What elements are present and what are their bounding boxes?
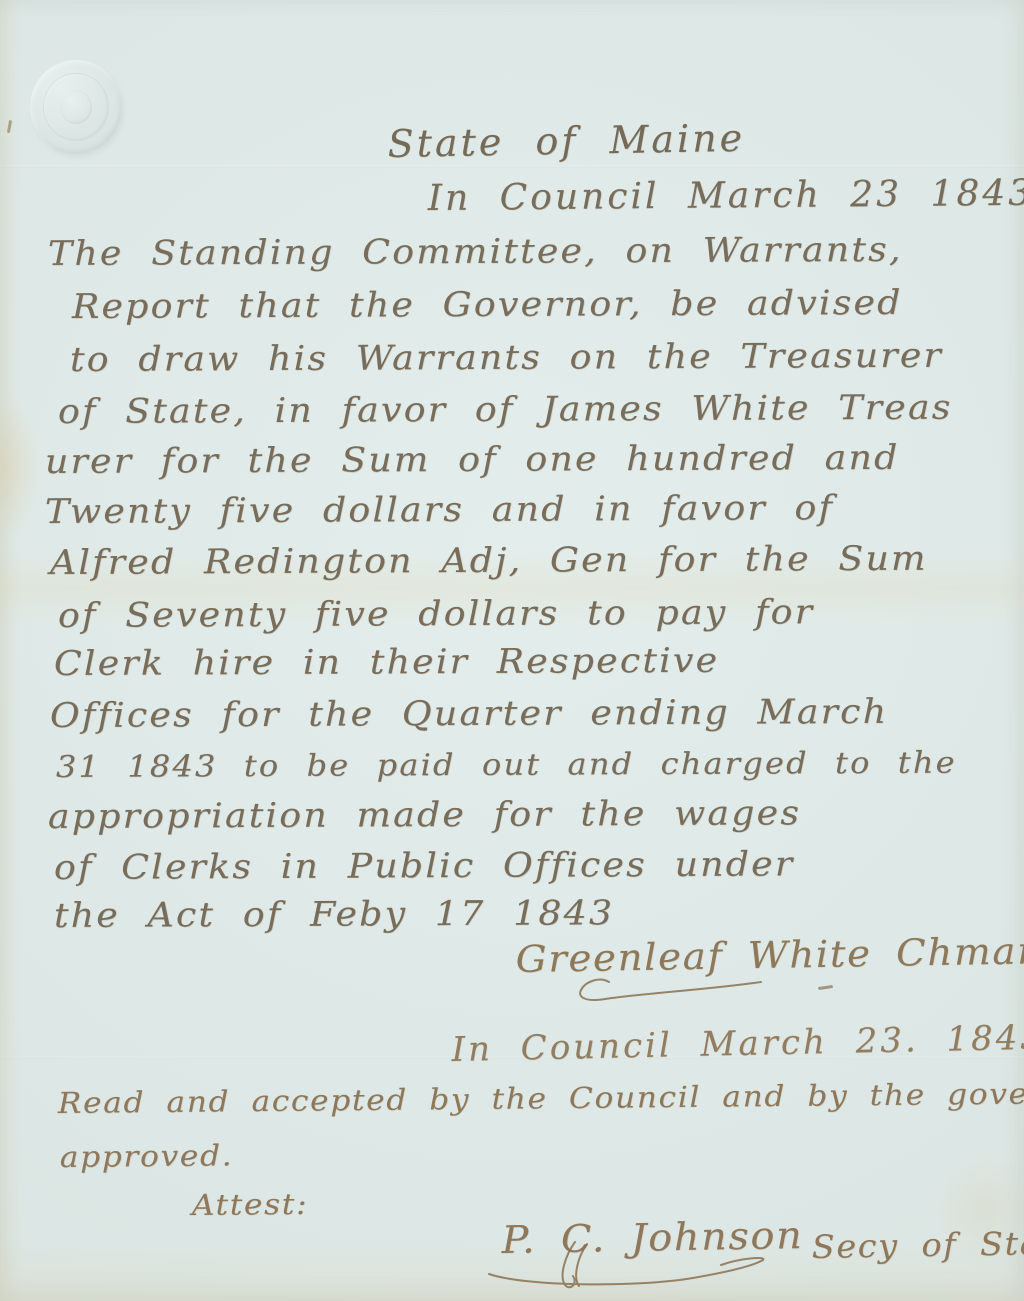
letter-heading-date: In Council March 23 1843 [428,173,1024,219]
letter-body-line: The Standing Committee, on Warrants, [48,230,903,274]
letter-body-line: Clerk hire in their Respective [54,641,720,684]
letter-body-line: Offices for the Quarter ending March [50,692,889,736]
embossed-seal-center [60,90,92,124]
secretary-title: Secy of State. [811,1223,1024,1266]
endorsement-line: approved. [60,1138,234,1174]
letter-body-line: Twenty five dollars and in favor of [45,488,834,532]
signature-flourish [483,1238,783,1294]
letter-body-line: Report that the Governor, be advised [72,283,903,327]
letter-body-line: of State, in favor of James White Treas [58,388,953,432]
paper-stain [0,392,42,542]
signature-flourish [565,972,765,1008]
endorsement-date: In Council March 23. 1843 [451,1018,1024,1070]
pen-dash [818,985,833,990]
letter-body-line: urer for the Sum of one hundred and [45,438,900,482]
letter-body-line: Alfred Redington Adj, Gen for the Sum [50,539,928,583]
letter-body-line: the Act of Feby 17 1843 [54,893,615,936]
letter-body-line: of Clerks in Public Offices under [54,844,795,888]
ink-mark [7,120,12,133]
document-page: State of Maine In Council March 23 1843 … [0,0,1024,1301]
letter-body-line: appropriation made for the wages [48,793,801,837]
embossed-seal [30,60,122,154]
letter-body-line: to draw his Warrants on the Treasurer [70,336,943,380]
letter-body-line: of Seventy five dollars to pay for [58,592,815,636]
paper-stain [0,0,22,1301]
letter-heading-place: State of Maine [387,116,745,166]
letter-body-line: 31 1843 to be paid out and charged to th… [56,746,957,785]
endorsement-line: Read and accepted by the Council and by … [58,1076,1024,1120]
attest-label: Attest: [192,1187,309,1222]
paper-fold-line [0,165,1024,168]
